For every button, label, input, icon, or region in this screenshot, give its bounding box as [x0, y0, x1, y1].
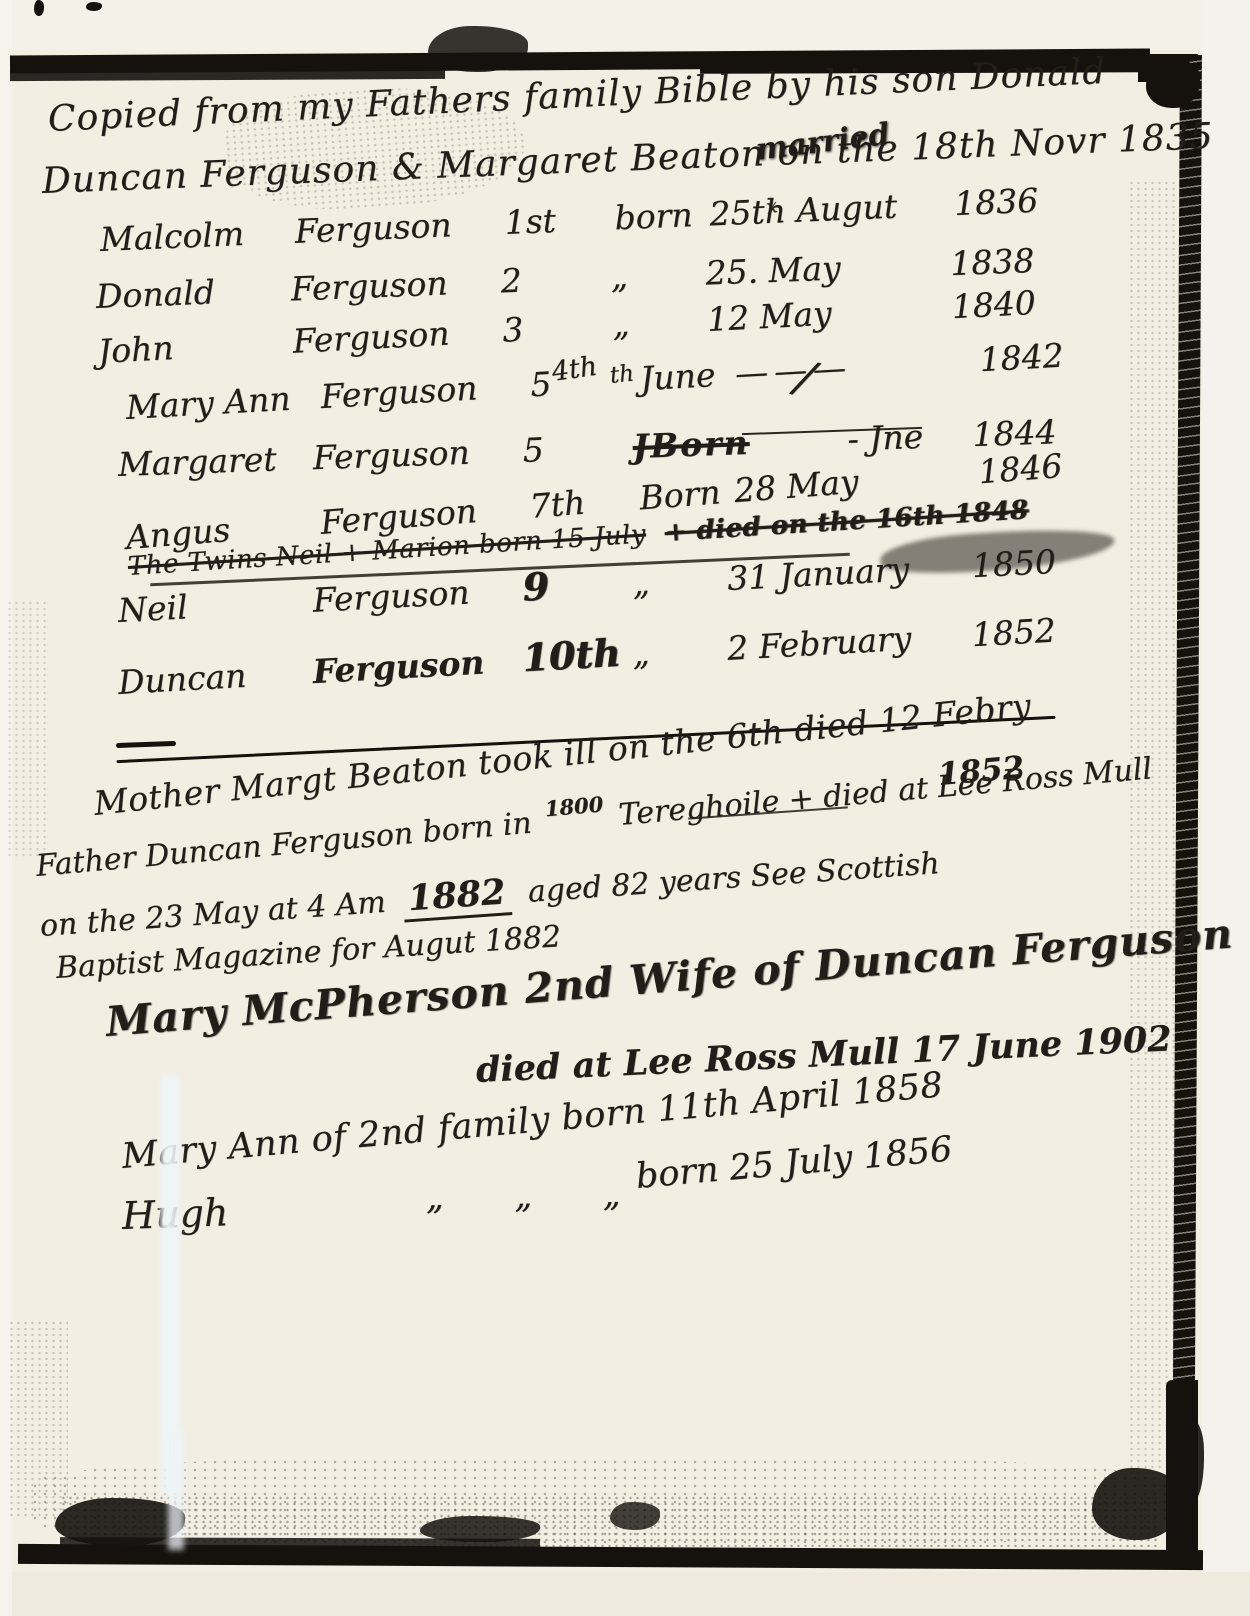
- noise-speckle-left-mid: [6, 600, 46, 860]
- year-cell: 1852: [971, 613, 1057, 654]
- marker-cell: born: [614, 196, 710, 236]
- date-cell: 25. May: [705, 246, 951, 292]
- father-birth-year-superscript: 1800: [544, 791, 604, 821]
- dash-date-cell: ———: [734, 342, 981, 392]
- ordinal-cell: 2: [500, 259, 611, 299]
- surname-cell: Ferguson: [312, 642, 524, 690]
- year-cell: 1842: [979, 338, 1065, 379]
- ditto-mark: „: [610, 256, 706, 296]
- paper-margin-top: [0, 0, 1250, 50]
- month-cell: June: [639, 356, 736, 398]
- ditto-mark: „: [631, 631, 728, 673]
- ditto-mark: „: [611, 302, 708, 343]
- surname-cell: Ferguson: [294, 205, 505, 250]
- surname-cell: Ferguson: [292, 313, 504, 360]
- surname-cell: Ferguson: [320, 367, 532, 415]
- marker-cell: Born: [638, 473, 736, 516]
- name-cell: Mary Ann: [125, 379, 322, 426]
- noise-clump-bottom-2: [420, 1516, 540, 1542]
- date-cell: 25th Augut: [709, 186, 955, 233]
- white-crease-streak-short: [168, 1430, 184, 1550]
- date-cell: 31 January: [726, 548, 973, 597]
- ordinal-cell: 7th: [528, 481, 640, 526]
- paper-margin-bottom: [0, 1572, 1250, 1616]
- name-cell: Duncan: [117, 654, 314, 701]
- ditto-mark: „: [631, 561, 728, 602]
- noise-clump-bottom-5: [1178, 1418, 1204, 1503]
- scanned-document-page: Copied from my Fathers family Bible by h…: [0, 0, 1250, 1616]
- ordinal-cell: 9: [521, 561, 633, 608]
- name-cell: Neil: [117, 583, 314, 629]
- date-cell: - Jne: [847, 417, 973, 458]
- name-cell: Donald: [95, 272, 291, 316]
- date-cell: 12 May: [706, 289, 953, 338]
- year-cell: 1850: [971, 544, 1057, 585]
- surname-cell: Ferguson: [312, 433, 523, 477]
- second-family-ditto-marks: „ „ „: [426, 1176, 651, 1217]
- second-family-hugh-date: born 25 July 1856: [634, 1130, 953, 1196]
- noise-blotch-top: [428, 26, 528, 72]
- name-cell: John: [97, 324, 294, 370]
- toner-blotch-top-right: [1146, 58, 1200, 108]
- section-divider-tail: [116, 741, 176, 748]
- ordinal-correction: 4th: [550, 352, 599, 388]
- ordinal-cell: 10th: [521, 631, 633, 679]
- noise-clump-bottom-3: [610, 1502, 660, 1530]
- name-cell: Margaret: [117, 440, 313, 483]
- noise-speckle-right-edge: [1128, 180, 1176, 1520]
- toner-bar-top-smudge: [10, 69, 445, 81]
- date-cell: 2 February: [726, 617, 973, 667]
- year-cell: 1838: [950, 243, 1035, 282]
- name-cell: Malcolm: [99, 214, 295, 258]
- struck-word: JBorn: [632, 422, 848, 466]
- year-cell: 1836: [953, 183, 1038, 223]
- ordinal-cell: 5: [522, 429, 633, 469]
- ordinal-correction-sup: th: [609, 362, 636, 390]
- surname-cell: Ferguson: [312, 572, 524, 619]
- father-line2-post: aged 82 years See Scottish: [527, 846, 941, 910]
- noise-speck-top-left-2: [34, 0, 44, 16]
- father-death-year-underlined: 1882: [402, 873, 512, 922]
- noise-speckle-left-low: [8, 1320, 68, 1520]
- father-line1-post: Tereghoile + died at Lee Ross Mull: [617, 751, 1153, 833]
- ordinal-cell: 3: [501, 307, 613, 349]
- ordinal-cell: 1st: [504, 200, 615, 241]
- paper-margin-right: [1202, 0, 1250, 1616]
- noise-clump-bottom-1: [55, 1498, 185, 1546]
- noise-speck-top-left-1: [86, 2, 102, 11]
- surname-cell: Ferguson: [290, 263, 501, 307]
- year-cell: 1846: [977, 448, 1064, 491]
- year-cell: 1840: [951, 285, 1037, 326]
- toner-bar-right: [1172, 55, 1202, 1560]
